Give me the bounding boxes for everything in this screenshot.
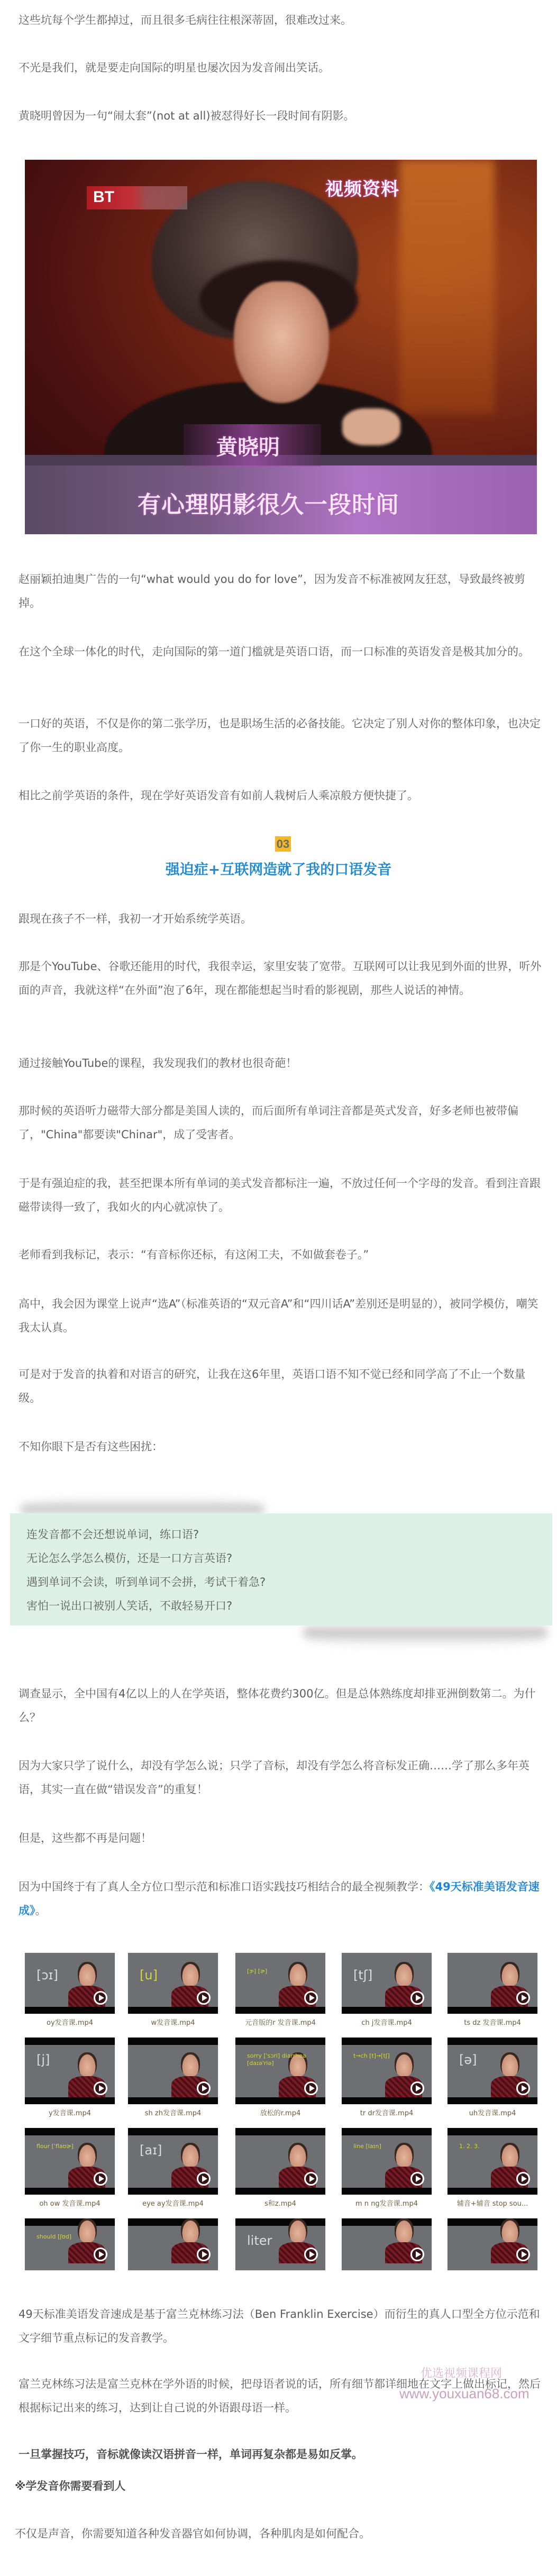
video-thumbnail[interactable]: [u] — [128, 1953, 218, 2014]
hero-photo: BT 视频资料 黄晓明 有心理阴影很久一段时间 — [25, 160, 537, 534]
phonetic-tag: line [laɪn] — [353, 2143, 381, 2150]
video-filename[interactable]: s和z.mp4 — [230, 2198, 331, 2208]
video-filename[interactable]: eye ay发音课.mp4 — [123, 2198, 223, 2208]
video-thumbnail[interactable] — [128, 2218, 218, 2270]
play-icon[interactable] — [94, 2248, 107, 2261]
play-icon[interactable] — [410, 2081, 424, 2095]
instructor-head — [78, 2052, 97, 2077]
play-icon[interactable] — [304, 2248, 318, 2261]
video-thumbnail[interactable]: t→ch [t]→[tʃ] — [342, 2038, 432, 2104]
channel-logo: BT — [87, 186, 187, 209]
watermark-url: www.youxuan68.com — [399, 2386, 529, 2402]
instructor-head — [288, 2143, 307, 2167]
play-icon[interactable] — [410, 2172, 424, 2186]
paragraph-text: 。 — [35, 1904, 47, 1917]
video-thumbnail[interactable] — [448, 1953, 537, 2014]
callout-shadow — [21, 1497, 264, 1513]
play-icon[interactable] — [197, 2172, 211, 2186]
letterbox-bar — [128, 2007, 218, 2014]
paragraph: 高中，我会因为课堂上说声“选A”（标准英语的“双元音A”和“四川话A”差别还是明… — [19, 1292, 542, 1340]
paragraph: 于是有强迫症的我，甚至把课本所有单词的美式发音都标注一遍，不放过任何一个字母的发… — [19, 1172, 542, 1219]
paragraph: 调查显示，全中国有4亿以上的人在学英语，整体花费约300亿。但是总体熟练度却排亚… — [19, 1682, 542, 1730]
phonetic-tag: sorry ['sɔri] diarrhea [daɪə'riə] — [247, 2052, 325, 2067]
section-number-badge: 03 — [275, 836, 291, 852]
letterbox-bar — [342, 2128, 432, 2135]
instructor-head — [78, 1962, 97, 1986]
video-thumbnail[interactable]: [tʃ] — [342, 1953, 432, 2014]
paragraph: 黄晓明曾因为一句“闹太套”(not at all)被怼得好长一段时间有阴影。 — [19, 104, 542, 128]
letterbox-bar — [128, 2038, 218, 2045]
video-filename[interactable]: 元音版的r 发音课.mp4 — [230, 2017, 331, 2027]
paragraph: 但是，这些都不再是问题！ — [19, 1826, 542, 1850]
phonetic-tag: liter — [247, 2233, 272, 2248]
play-icon[interactable] — [197, 1991, 211, 2005]
letterbox-bar — [448, 2007, 537, 2014]
instructor-head — [500, 2052, 519, 2077]
letterbox-bar — [448, 2038, 537, 2045]
video-thumbnail[interactable]: [ɝ] [ɚ] — [235, 1953, 325, 2014]
play-icon[interactable] — [94, 2081, 107, 2095]
paragraph: 那时候的英语听力磁带大部分都是美国人读的，而后面所有单词注音都是英式发音，好多老… — [19, 1099, 542, 1147]
instructor-head — [395, 2052, 414, 2077]
paragraph: 跟现在孩子不一样，我初一才开始系统学英语。 — [19, 907, 542, 931]
paragraph: 一口好的英语，不仅是你的第二张学历，也是职场生活的必备技能。它决定了别人对你的整… — [19, 712, 542, 760]
instructor-head — [395, 2143, 414, 2167]
paragraph: 可是对于发音的执着和对语言的研究，让我在这6年里，英语口语不知不觉已经和同学高了… — [19, 1363, 542, 1410]
phonetic-tag: [ə] — [459, 2052, 477, 2067]
video-filename[interactable]: uh发音课.mp4 — [442, 2107, 543, 2117]
letterbox-bar — [25, 2188, 115, 2195]
instructor-head — [288, 2218, 307, 2243]
phonetic-tag: [j] — [36, 2052, 50, 2067]
phonetic-tag: [ɔɪ] — [36, 1968, 58, 1983]
phonetic-tag: t→ch [t]→[tʃ] — [353, 2052, 390, 2060]
paragraph: 不仅是声音，你需要知道各种发音器官如何协调，各种肌肉是如何配合。 — [15, 2522, 538, 2546]
paragraph: 那是个YouTube、谷歌还能用的时代，我很幸运，家里安装了宽带。互联网可以让我… — [19, 955, 542, 1002]
pain-points-callout: 连发音都不会还想说单词，练口语? 无论怎么学怎么模仿，还是一口方言英语? 遇到单… — [10, 1513, 552, 1625]
letterbox-bar — [235, 2097, 325, 2104]
callout-line: 连发音都不会还想说单词，练口语? — [26, 1523, 199, 1547]
paragraph: 因为大家只学了说什么，却没有学怎么说；只学了音标，却没有学怎么将音标发正确……学… — [19, 1754, 542, 1802]
video-thumbnail[interactable]: should [ʃʊd] — [25, 2218, 115, 2270]
video-filename[interactable]: oh ow 发音课.mp4 — [20, 2198, 120, 2208]
instructor-head — [181, 2218, 200, 2243]
name-plate: 黄晓明 — [184, 424, 321, 467]
play-icon[interactable] — [516, 2172, 530, 2186]
video-thumbnail[interactable] — [128, 2038, 218, 2104]
play-icon[interactable] — [304, 2081, 318, 2095]
letterbox-bar — [25, 2128, 115, 2135]
letterbox-bar — [235, 2038, 325, 2045]
paragraph: 49天标准美语发音速成是基于富兰克林练习法（Ben Franklin Exerc… — [19, 2303, 542, 2350]
letterbox-bar — [342, 2188, 432, 2195]
letterbox-bar — [448, 2128, 537, 2135]
letterbox-bar — [25, 2097, 115, 2104]
phonetic-tag: 1. 2. 3. — [459, 2143, 479, 2150]
video-thumbnail[interactable]: line [laɪn] — [342, 2128, 432, 2195]
instructor-head — [181, 2052, 200, 2077]
video-thumbnail[interactable]: [ə] — [448, 2038, 537, 2104]
video-filename[interactable]: y发音课.mp4 — [20, 2107, 120, 2117]
paragraph: 在这个全球一体化的时代，走向国际的第一道门槛就是英语口语，而一口标准的英语发音是… — [19, 640, 542, 664]
play-icon[interactable] — [197, 2081, 211, 2095]
overlay-label: 视频资料 — [325, 175, 399, 200]
callout-line: 无论怎么学怎么模仿，还是一口方言英语? — [26, 1547, 232, 1570]
video-thumbnail[interactable] — [235, 2128, 325, 2195]
instructor-head — [500, 2218, 519, 2243]
play-icon[interactable] — [516, 2248, 530, 2261]
video-thumbnail[interactable]: flour ['flaʊɚ] — [25, 2128, 115, 2195]
image-caption: 有心理阴影很久一段时间 — [138, 486, 399, 519]
paragraph-text: 因为中国终于有了真人全方位口型示范和标准口语实践技巧相结合的最全视频教学： — [19, 1880, 430, 1893]
letterbox-bar — [342, 2038, 432, 2045]
instructor-head — [500, 1962, 519, 1986]
play-icon[interactable] — [516, 1991, 530, 2005]
video-thumbnail[interactable] — [342, 2218, 432, 2270]
play-icon[interactable] — [410, 2248, 424, 2261]
callout-line: 遇到单词不会读，听到单词不会拼，考试干着急? — [26, 1570, 266, 1594]
phonetic-tag: [tʃ] — [353, 1968, 372, 1983]
phonetic-tag: [aɪ] — [140, 2143, 162, 2158]
play-icon[interactable] — [94, 2172, 107, 2186]
video-filename[interactable]: m n ng发音课.mp4 — [336, 2198, 437, 2208]
video-thumbnail[interactable]: [j] — [25, 2038, 115, 2104]
paragraph: 不光是我们，就是要走向国际的明星也屡次因为发音闹出笑话。 — [19, 56, 542, 80]
hand — [342, 408, 400, 445]
instructor-head — [78, 2218, 97, 2243]
play-icon[interactable] — [197, 2248, 211, 2261]
letterbox-bar — [128, 2188, 218, 2195]
video-filename[interactable]: ts dz 发音课.mp4 — [442, 2017, 543, 2027]
phonetic-tag: [u] — [140, 1968, 158, 1983]
letterbox-bar — [448, 2097, 537, 2104]
phonetic-tag: should [ʃʊd] — [36, 2233, 71, 2241]
play-icon[interactable] — [304, 1991, 318, 2005]
letterbox-bar — [128, 2128, 218, 2135]
video-thumbnail[interactable]: sorry ['sɔri] diarrhea [daɪə'riə] — [235, 2038, 325, 2104]
video-filename[interactable]: w发音课.mp4 — [123, 2017, 223, 2027]
video-thumbnail[interactable]: 1. 2. 3. — [448, 2128, 537, 2195]
paragraph: 通过接触YouTube的课程，我发现我们的教材也很奇葩！ — [19, 1052, 542, 1075]
video-thumbnail[interactable] — [448, 2218, 537, 2270]
play-icon[interactable] — [410, 1991, 424, 2005]
phonetic-tag: [ɝ] [ɚ] — [247, 1968, 267, 1975]
paragraph: 因为中国终于有了真人全方位口型示范和标准口语实践技巧相结合的最全视频教学：《49… — [19, 1875, 542, 1923]
video-filename[interactable]: sh zh发音课.mp4 — [123, 2107, 223, 2117]
letterbox-bar — [25, 2038, 115, 2045]
background-light — [399, 160, 495, 414]
phonetic-tag: flour ['flaʊɚ] — [36, 2143, 74, 2150]
instructor-head — [181, 2143, 200, 2167]
paragraph: 不知你眼下是否有这些困扰： — [19, 1435, 542, 1459]
video-thumbnail[interactable]: [aɪ] — [128, 2128, 218, 2195]
video-thumbnail[interactable]: [ɔɪ] — [25, 1953, 115, 2014]
paragraph: 老师看到我标记，表示：“有音标你还标，有这闲工夫，不如做套卷子。” — [19, 1243, 542, 1267]
callout-box: 连发音都不会还想说单词，练口语? 无论怎么学怎么模仿，还是一口方言英语? 遇到单… — [10, 1513, 552, 1625]
letterbox-bar — [235, 2188, 325, 2195]
instructor-head — [500, 2143, 519, 2167]
instructor-head — [395, 1962, 414, 1986]
instructor-head — [181, 1962, 200, 1986]
video-filename[interactable]: ch j发音课.mp4 — [336, 2017, 437, 2027]
channel-logo-text: BT — [93, 188, 114, 206]
callout-shadow — [304, 1628, 547, 1647]
paragraph: 相比之前学英语的条件，现在学好英语发音有如前人栽树后人乘凉般方便快捷了。 — [19, 784, 542, 808]
subheading: ※学发音你需要看到人 — [15, 2474, 538, 2498]
instructor-head — [78, 2143, 97, 2167]
video-thumbnail[interactable]: liter — [235, 2218, 325, 2270]
letterbox-bar — [235, 2128, 325, 2135]
video-filename[interactable]: tr dr发音课.mp4 — [336, 2107, 437, 2117]
section-title: 强迫症+互联网造就了我的口语发音 — [0, 858, 557, 879]
paragraph: 这些坑每个学生都掉过，而且很多毛病往往根深蒂固，很难改过来。 — [19, 8, 542, 32]
letterbox-bar — [128, 2097, 218, 2104]
letterbox-bar — [25, 2007, 115, 2014]
letterbox-bar — [342, 2097, 432, 2104]
instructor-head — [288, 1962, 307, 1986]
play-icon[interactable] — [516, 2081, 530, 2095]
video-filename[interactable]: 放松的r.mp4 — [230, 2107, 331, 2117]
emphasis-paragraph: 一旦掌握技巧，音标就像读汉语拼音一样，单词再复杂都是易如反掌。 — [19, 2443, 542, 2467]
paragraph: 赵丽颖拍迪奥广告的一句“what would you do for love”，… — [19, 568, 542, 615]
name-plate-text: 黄晓明 — [216, 431, 280, 461]
play-icon[interactable] — [304, 2172, 318, 2186]
letterbox-bar — [448, 2188, 537, 2195]
watermark-text: 优选视频课程网 — [421, 2364, 502, 2381]
callout-line: 害怕一说出口被别人笑话，不敢轻易开口? — [26, 1594, 232, 1618]
video-filename[interactable]: 辅音+辅音 stop sou... — [442, 2198, 543, 2208]
letterbox-bar — [235, 2007, 325, 2014]
letterbox-bar — [342, 2007, 432, 2014]
play-icon[interactable] — [94, 1991, 107, 2005]
instructor-head — [395, 2218, 414, 2243]
video-filename[interactable]: oy发音课.mp4 — [20, 2017, 120, 2027]
face — [234, 281, 329, 403]
